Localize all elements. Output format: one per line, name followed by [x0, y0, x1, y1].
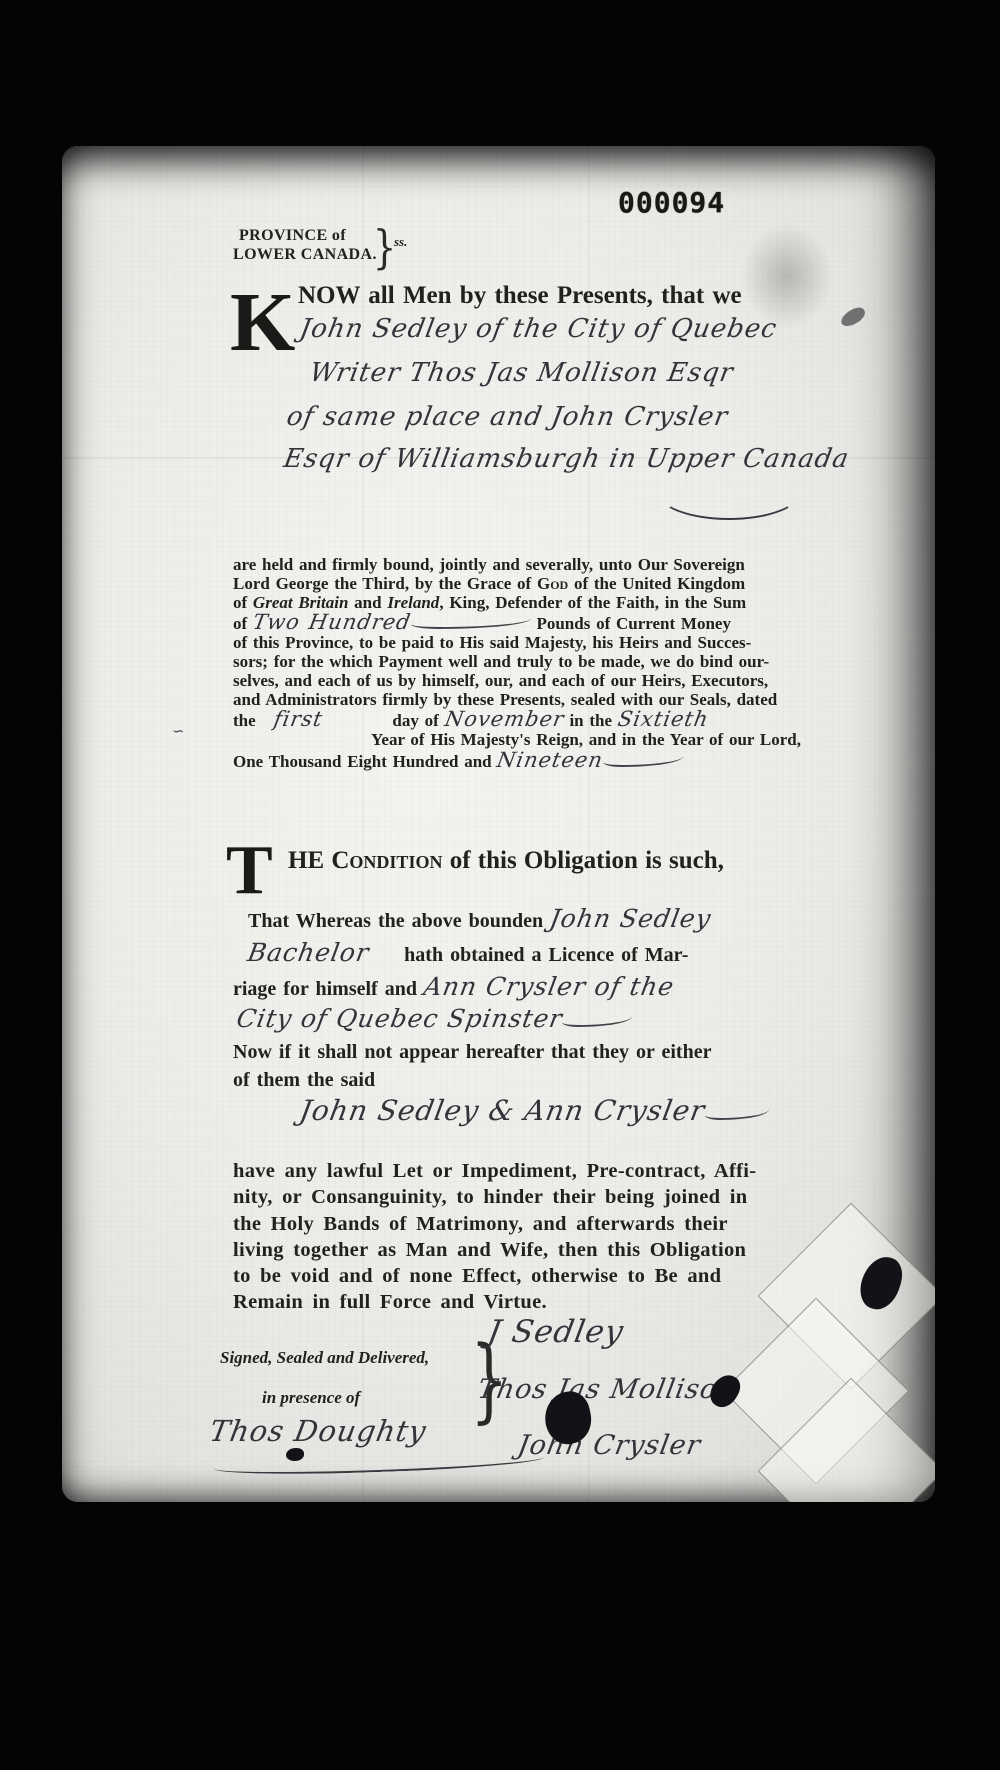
sum-fill-in: Two Hundred	[251, 612, 412, 633]
signature-j-sedley: J Sedley	[485, 1314, 627, 1350]
bond-paragraph: are held and firmly bound, jointly and s…	[233, 556, 823, 772]
province-header: PROVINCE of LOWER CANADA.	[233, 226, 377, 264]
bride-name-fill: Ann Crysler of the	[421, 972, 676, 1001]
spinster-flourish-line	[562, 1016, 632, 1027]
whereas-line-3: riage for himself and Ann Crysler of the	[233, 972, 674, 1001]
bond-line-10: Year of His Majesty's Reign, and in the …	[233, 730, 801, 749]
handwritten-line-2: Writer Thos Jas Mollison Esqr	[307, 358, 736, 388]
document-paper: 000094 PROVINCE of LOWER CANADA. } ss. K…	[62, 146, 935, 1502]
bond-line-1: are held and firmly bound, jointly and s…	[233, 555, 745, 574]
margin-mark: ∽	[170, 722, 187, 740]
fill-flourish-line	[411, 618, 531, 629]
handwritten-line-1: John Sedley of the City of Quebec	[297, 314, 779, 344]
bond-line-5: of this Province, to be paid to His said…	[233, 633, 751, 652]
header-brace-icon: }	[373, 220, 396, 274]
pen-flourish-arc	[657, 464, 801, 520]
bond-line-9: thefirstday of November in the Sixtieth	[233, 711, 708, 730]
condition-heading: HE Condition of this Obligation is such,	[288, 847, 724, 875]
whereas-line-2: Bachelor hath obtained a Licence of Mar-	[248, 938, 688, 967]
whereas-line-4: City of Quebec Spinster	[237, 1004, 632, 1033]
condition-dropcap-t: T	[226, 842, 273, 899]
witness-flourish	[214, 1448, 544, 1478]
bond-line-7: selves, and each of us by himself, our, …	[233, 671, 768, 690]
closing-line-5: to be void and of none Effect, otherwise…	[233, 1265, 721, 1287]
witness-signature: Thos Doughty	[207, 1414, 429, 1448]
nowif-paragraph: Now if it shall not appear hereafter tha…	[233, 1038, 711, 1094]
header-ss-label: ss.	[394, 234, 407, 250]
province-line-1: PROVINCE of	[233, 226, 377, 245]
closing-paragraph: have any lawful Let or Impediment, Pre-c…	[233, 1158, 756, 1316]
names-flourish-line	[705, 1109, 769, 1120]
closing-line-2: nity, or Consanguinity, to hinder their …	[233, 1186, 747, 1208]
whereas-line-1: That Whereas the above bounden John Sedl…	[248, 904, 711, 933]
bond-line-4: of Two Hundred Pounds of Current Money	[233, 614, 731, 633]
in-presence-label: in presence of	[262, 1388, 360, 1408]
bond-line-8: and Administrators firmly by these Prese…	[233, 690, 777, 709]
month-fill-in: November	[443, 709, 566, 730]
know-heading: NOW all Men by these Presents, that we	[298, 282, 742, 310]
closing-line-3: the Holy Bands of Matrimony, and afterwa…	[233, 1213, 728, 1235]
ireland-italic: Ireland	[387, 593, 439, 612]
stamp-number: 000094	[618, 186, 725, 219]
year-fill-in: Nineteen	[496, 750, 606, 771]
nowif-line-1: Now if it shall not appear hereafter tha…	[233, 1041, 711, 1063]
bond-line-11: One Thousand Eight Hundred and Nineteen	[233, 752, 683, 771]
signature-mollison: Thos Jas Mollison	[475, 1374, 738, 1405]
bond-line-3: of Great Britain and Ireland, King, Defe…	[233, 593, 746, 612]
regnal-year-fill-in: Sixtieth	[616, 709, 710, 730]
ink-blot-4	[286, 1448, 304, 1461]
year-flourish-line	[603, 756, 683, 767]
bond-line-6: sors; for the which Payment well and tru…	[233, 652, 769, 671]
bounden-name-fill: John Sedley	[548, 904, 714, 933]
names-line: John Sedley & Ann Crysler	[300, 1094, 769, 1127]
closing-line-4: living together as Man and Wife, then th…	[233, 1239, 746, 1261]
province-line-2: LOWER CANADA.	[233, 245, 377, 264]
scanned-document-page: { "colors": { "background": "#040404", "…	[0, 0, 1000, 1770]
signed-sealed-label: Signed, Sealed and Delivered,	[220, 1348, 429, 1368]
dropcap-k: K	[230, 289, 295, 358]
nowif-line-2: of them the said	[233, 1069, 375, 1091]
closing-line-6: Remain in full Force and Virtue.	[233, 1291, 547, 1313]
bond-line-2: Lord George the Third, by the Grace of G…	[233, 574, 745, 593]
day-fill-in: first	[272, 709, 324, 730]
handwritten-line-3: of same place and John Crysler	[284, 402, 730, 432]
spinster-fill: City of Quebec Spinster	[234, 1004, 565, 1033]
bachelor-fill: Bachelor	[245, 938, 371, 967]
closing-line-1: have any lawful Let or Impediment, Pre-c…	[233, 1160, 756, 1182]
great-britain-italic: Great Britain	[253, 593, 349, 612]
